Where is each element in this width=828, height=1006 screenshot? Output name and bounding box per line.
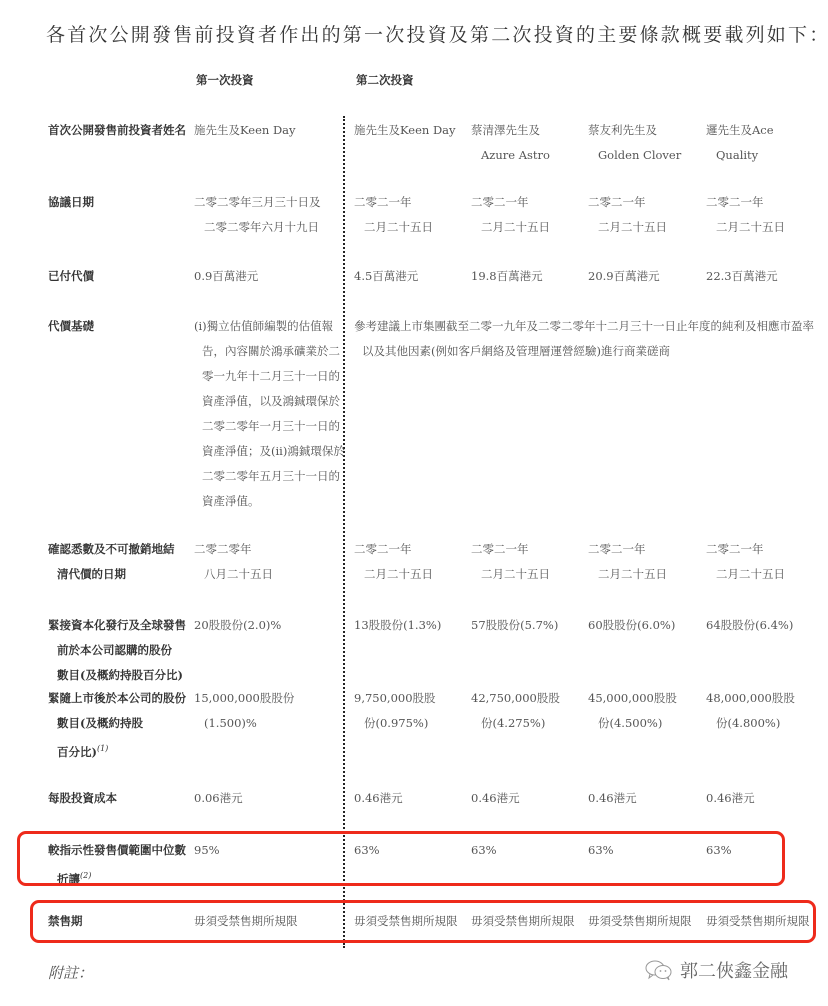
cell-line: 二月二十五日 [354,562,468,587]
cell-line: 42,750,000股股 [471,686,585,711]
first-investment-cell: 20股股份(2.0)% [194,613,344,638]
cell-line: 二零二零年 [194,537,344,562]
cell-line: 資產淨值。 [194,489,344,514]
cell-line: 0.46港元 [354,786,468,811]
cell-line: 20.9百萬港元 [588,264,702,289]
notes-heading: 附註： [48,962,93,983]
cell-line: 60股股份(6.0%) [588,613,702,638]
cell-line: (1.500)% [194,711,344,736]
cell-line: 二零二一年 [588,537,702,562]
cell-line: 蔡友利先生及 [588,118,702,143]
second-investment-cell: 0.46港元 [354,786,468,811]
cell-line: Golden Clover [588,143,702,168]
second-investment-cell: 蔡清澤先生及Azure Astro [471,118,585,168]
cell-line: 份(4.500%) [588,711,702,736]
row-label-line: 數目(及概約持股百分比) [48,663,188,688]
cell-line: 0.06港元 [194,786,344,811]
cell-line: 參考建議上市集團截至二零一九年及二零二零年十二月三十一日止年度的純利及相應市盈率 [354,314,814,339]
second-investment-cell: 4.5百萬港元 [354,264,468,289]
row-label-line: 前於本公司認購的股份 [48,638,188,663]
row-label: 代價基礎 [48,314,188,339]
highlight-lockup-row [30,900,816,943]
cell-line: 0.46港元 [706,786,820,811]
cell-line: 施先生及Keen Day [354,118,468,143]
cell-line: 二月二十五日 [706,562,820,587]
second-investment-cell: 20.9百萬港元 [588,264,702,289]
cell-line: 二月二十五日 [471,562,585,587]
second-investment-cell: 48,000,000股股份(4.800%) [706,686,820,736]
cell-line: 4.5百萬港元 [354,264,468,289]
row-label-line: 確認悉數及不可撤銷地結 [48,537,188,562]
second-investment-cell: 0.46港元 [706,786,820,811]
first-investment-cell: 0.9百萬港元 [194,264,344,289]
cell-line: Azure Astro [471,143,585,168]
second-investment-cell: 64股股份(6.4%) [706,613,820,638]
cell-line: 二月二十五日 [471,215,585,240]
cell-line: 二零二一年 [354,190,468,215]
cell-line: 48,000,000股股 [706,686,820,711]
row-label: 首次公開發售前投資者姓名 [48,118,188,143]
cell-line: 份(4.800%) [706,711,820,736]
second-investment-cell: 二零二一年二月二十五日 [588,190,702,240]
cell-line: 64股股份(6.4%) [706,613,820,638]
first-investment-cell: 施先生及Keen Day [194,118,344,143]
column-header-second-investment: 第二次投資 [356,72,414,88]
second-investment-cell: 二零二一年二月二十五日 [588,537,702,587]
row-label-line: 緊隨上市後於本公司的股份 [48,686,188,711]
cell-line: 二零二一年 [354,537,468,562]
row-label: 緊隨上市後於本公司的股份數目(及概約持股百分比)(1) [48,686,188,765]
second-investment-cell: 60股股份(6.0%) [588,613,702,638]
cell-line: 二零二零年六月十九日 [194,215,344,240]
first-investment-cell: 0.06港元 [194,786,344,811]
wechat-icon [644,959,674,981]
first-investment-cell: 15,000,000股股份(1.500)% [194,686,344,736]
row-label: 每股投資成本 [48,786,188,811]
second-investment-cell: 施先生及Keen Day [354,118,468,143]
cell-line: 蔡清澤先生及 [471,118,585,143]
row-label-line: 緊接資本化發行及全球發售 [48,613,188,638]
cell-line: 邏先生及Ace [706,118,820,143]
row-label-line: 百分比)(1) [48,736,188,765]
highlight-discount-row [17,831,785,886]
second-investment-cell: 45,000,000股股份(4.500%) [588,686,702,736]
cell-line: 二零二一年 [706,537,820,562]
first-investment-cell: 二零二零年八月二十五日 [194,537,344,587]
second-investment-cell: 22.3百萬港元 [706,264,820,289]
cell-line: 0.46港元 [471,786,585,811]
row-label-line: 清代價的日期 [48,562,188,587]
cell-line: 資產淨值，以及鴻鋮環保於 [194,389,344,414]
cell-line: 二月二十五日 [354,215,468,240]
first-investment-cell: (i)獨立估值師編製的估值報告，內容關於鴻承礦業於二零一九年十二月三十一日的資產… [194,314,344,514]
cell-line: 二零二一年 [706,190,820,215]
row-label-line: 協議日期 [48,190,188,215]
cell-line: 9,750,000股股 [354,686,468,711]
row-label: 協議日期 [48,190,188,215]
cell-line: 二月二十五日 [588,562,702,587]
cell-line: 資產淨值；及(ii)鴻鋮環保於 [194,439,344,464]
second-investment-cell: 19.8百萬港元 [471,264,585,289]
row-label-line: 每股投資成本 [48,786,188,811]
second-investment-cell: 0.46港元 [588,786,702,811]
row-label: 確認悉數及不可撤銷地結清代價的日期 [48,537,188,587]
cell-line: 八月二十五日 [194,562,344,587]
cell-line: 13股股份(1.3%) [354,613,468,638]
cell-line: 二零二一年 [588,190,702,215]
column-divider [343,116,345,948]
second-investment-cell: 二零二一年二月二十五日 [471,190,585,240]
second-investment-cell: 0.46港元 [471,786,585,811]
second-investment-cell: 二零二一年二月二十五日 [706,537,820,587]
cell-line: 45,000,000股股 [588,686,702,711]
second-investment-cell: 蔡友利先生及Golden Clover [588,118,702,168]
cell-line: 15,000,000股股份 [194,686,344,711]
cell-line: 二月二十五日 [706,215,820,240]
second-investment-cell: 二零二一年二月二十五日 [354,537,468,587]
cell-line: 告，內容關於鴻承礦業於二 [194,339,344,364]
second-investment-cell: 二零二一年二月二十五日 [471,537,585,587]
cell-line: 0.46港元 [588,786,702,811]
cell-line: 二零二零年三月三十日及 [194,190,344,215]
cell-line: 施先生及Keen Day [194,118,344,143]
cell-line: 份(4.275%) [471,711,585,736]
page-title: 各首次公開發售前投資者作出的第一次投資及第二次投資的主要條款概要載列如下： [46,20,828,47]
second-investment-cell: 9,750,000股股份(0.975%) [354,686,468,736]
cell-line: 22.3百萬港元 [706,264,820,289]
cell-line: 二零二零年五月三十一日的 [194,464,344,489]
cell-line: (i)獨立估值師編製的估值報 [194,314,344,339]
row-label-line: 已付代價 [48,264,188,289]
cell-line: 0.9百萬港元 [194,264,344,289]
row-label-line: 首次公開發售前投資者姓名 [48,118,188,143]
row-label-line: 數目(及概約持股 [48,711,188,736]
second-investment-cell: 邏先生及AceQuality [706,118,820,168]
second-investment-cell: 二零二一年二月二十五日 [354,190,468,240]
cell-line: 19.8百萬港元 [471,264,585,289]
cell-line: 二零二一年 [471,190,585,215]
footnote-marker: (1) [97,744,108,753]
watermark-text: 郭二俠鑫金融 [680,957,788,983]
row-label: 緊接資本化發行及全球發售前於本公司認購的股份數目(及概約持股百分比) [48,613,188,688]
cell-line: 以及其他因素(例如客戶網絡及管理層運營經驗)進行商業磋商 [354,339,814,364]
cell-line: 二零二一年 [471,537,585,562]
cell-line: 二零二零年一月三十一日的 [194,414,344,439]
row-label: 已付代價 [48,264,188,289]
cell-line: Quality [706,143,820,168]
first-investment-cell: 二零二零年三月三十日及二零二零年六月十九日 [194,190,344,240]
column-header-first-investment: 第一次投資 [196,72,254,88]
second-investment-cell: 57股股份(5.7%) [471,613,585,638]
row-label-line: 代價基礎 [48,314,188,339]
second-investment-cell: 二零二一年二月二十五日 [706,190,820,240]
watermark: 郭二俠鑫金融 [644,957,788,983]
cell-line: 57股股份(5.7%) [471,613,585,638]
cell-line: 零一九年十二月三十一日的 [194,364,344,389]
cell-line: 二月二十五日 [588,215,702,240]
cell-line: 份(0.975%) [354,711,468,736]
second-investment-shared-cell: 參考建議上市集團截至二零一九年及二零二零年十二月三十一日止年度的純利及相應市盈率… [354,314,814,364]
second-investment-cell: 13股股份(1.3%) [354,613,468,638]
second-investment-cell: 42,750,000股股份(4.275%) [471,686,585,736]
cell-line: 20股股份(2.0)% [194,613,344,638]
